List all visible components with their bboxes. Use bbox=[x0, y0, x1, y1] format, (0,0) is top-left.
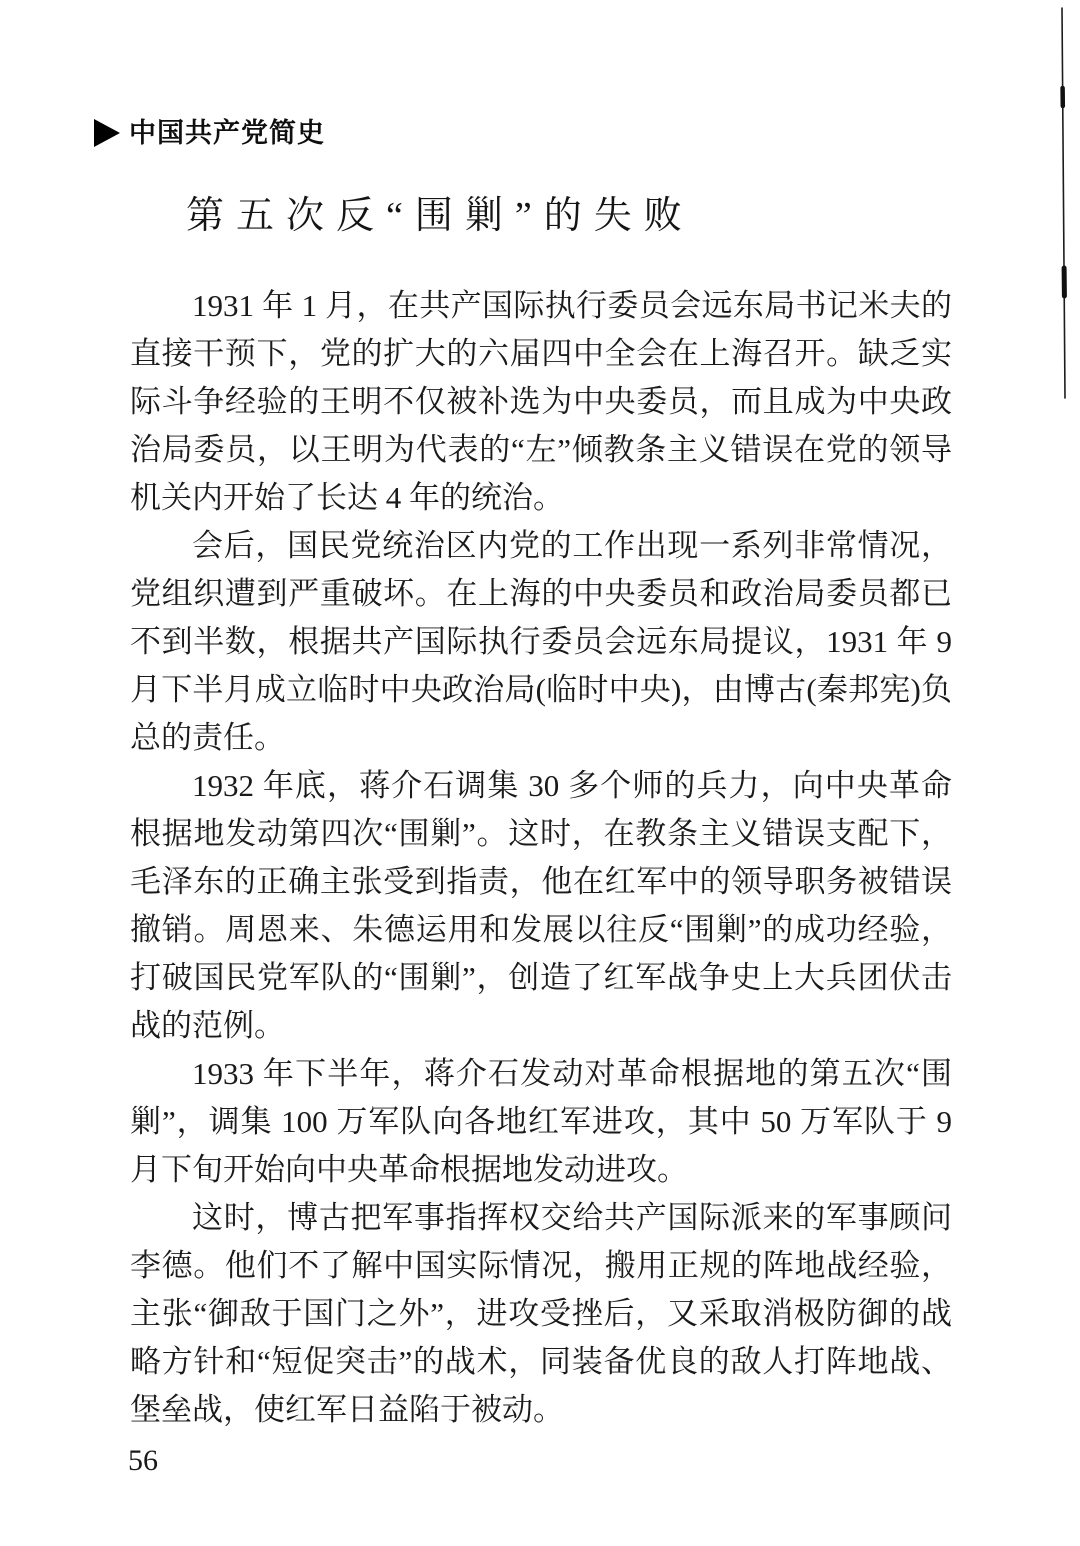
book-page: 中国共产党简史 第五次反“围剿”的失败 1931 年 1 月，在共产国际执行委员… bbox=[0, 0, 1080, 1546]
running-header: 中国共产党简史 bbox=[94, 118, 325, 148]
body-text: 1931 年 1 月，在共产国际执行委员会远东局书记米夫的直接干预下，党的扩大的… bbox=[130, 282, 952, 1434]
paragraph-1: 1931 年 1 月，在共产国际执行委员会远东局书记米夫的直接干预下，党的扩大的… bbox=[130, 282, 952, 522]
book-title: 中国共产党简史 bbox=[129, 118, 325, 148]
paragraph-2: 会后，国民党统治区内党的工作出现一系列非常情况，党组织遭到严重破坏。在上海的中央… bbox=[130, 522, 952, 762]
paragraph-4: 1933 年下半年，蒋介石发动对革命根据地的第五次“围剿”，调集 100 万军队… bbox=[130, 1050, 952, 1194]
section-title: 第五次反“围剿”的失败 bbox=[186, 192, 694, 240]
page-number: 56 bbox=[128, 1444, 158, 1478]
scan-edge-line bbox=[1048, 0, 1074, 410]
paragraph-5: 这时，博古把军事指挥权交给共产国际派来的军事顾问李德。他们不了解中国实际情况，搬… bbox=[130, 1194, 952, 1434]
paragraph-3: 1932 年底，蒋介石调集 30 多个师的兵力，向中央革命根据地发动第四次“围剿… bbox=[130, 762, 952, 1050]
right-triangle-icon bbox=[94, 119, 120, 147]
